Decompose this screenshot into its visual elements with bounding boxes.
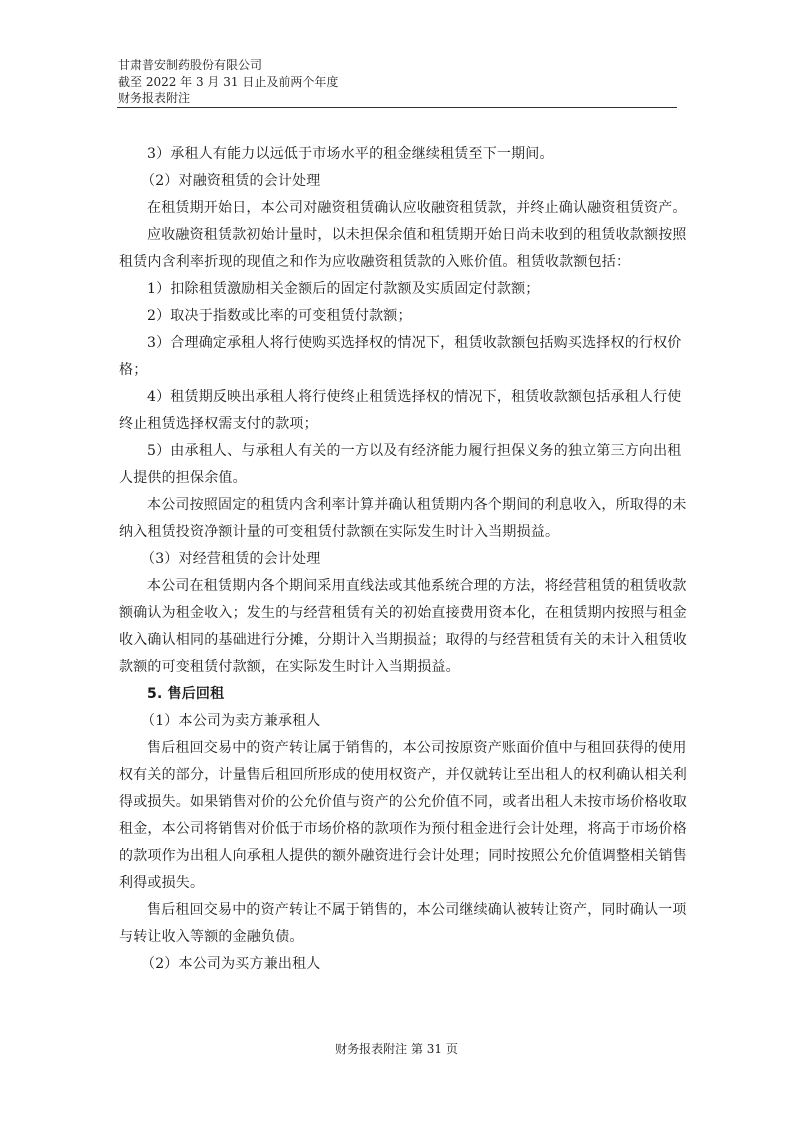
text-line: 人提供的担保余值。 xyxy=(119,465,679,492)
text-line: 与转让收入等额的金融负债。 xyxy=(119,924,679,951)
document-body: 3）承租人有能力以远低于市场水平的租金继续租赁至下一期间。（2）对融资租赁的会计… xyxy=(119,141,679,978)
text-line: 售后租回交易中的资产转让属于销售的，本公司按原资产账面价值中与租回获得的使用 xyxy=(119,735,679,762)
text-line: 的款项作为出租人向承租人提供的额外融资进行会计处理；同时按照公允价值调整相关销售 xyxy=(119,843,679,870)
text-line: 得或损失。如果销售对价的公允价值与资产的公允价值不同，或者出租人未按市场价格收取 xyxy=(119,789,679,816)
text-line: 2）取决于指数或比率的可变租赁付款额； xyxy=(119,303,679,330)
section-heading: 5. 售后回租 xyxy=(119,681,679,708)
footer-label: 财务报表附注 xyxy=(335,1042,407,1056)
text-line: 4）租赁期反映出承租人将行使终止租赁选择权的情况下，租赁收款额包括承租人行使 xyxy=(119,384,679,411)
text-line: 3）承租人有能力以远低于市场水平的租金继续租赁至下一期间。 xyxy=(119,141,679,168)
footer-page-prefix: 第 xyxy=(411,1042,423,1056)
text-line: 收入确认相同的基础进行分摊，分期计入当期损益；取得的与经营租赁有关的未计入租赁收 xyxy=(119,627,679,654)
report-period: 截至 2022 年 3 月 31 日止及前两个年度 xyxy=(118,74,678,91)
page-number: 31 xyxy=(427,1042,442,1056)
company-name: 甘肃普安制药股份有限公司 xyxy=(118,57,678,74)
text-line: （2）对融资租赁的会计处理 xyxy=(119,168,679,195)
text-line: 格； xyxy=(119,357,679,384)
text-line: 租金，本公司将销售对价低于市场价格的款项作为预付租金进行会计处理，将高于市场价格 xyxy=(119,816,679,843)
text-line: （3）对经营租赁的会计处理 xyxy=(119,546,679,573)
text-line: 1）扣除租赁激励相关金额后的固定付款额及实质固定付款额； xyxy=(119,276,679,303)
text-line: 租赁内含利率折现的现值之和作为应收融资租赁款的入账价值。租赁收款额包括： xyxy=(119,249,679,276)
text-line: 款额的可变租赁付款额，在实际发生时计入当期损益。 xyxy=(119,654,679,681)
text-line: 额确认为租金收入；发生的与经营租赁有关的初始直接费用资本化，在租赁期内按照与租金 xyxy=(119,600,679,627)
header-divider xyxy=(117,107,677,108)
footer-page-suffix: 页 xyxy=(446,1042,458,1056)
text-line: 本公司按照固定的租赁内含利率计算并确认租赁期内各个期间的利息收入，所取得的未 xyxy=(119,492,679,519)
text-line: 纳入租赁投资净额计量的可变租赁付款额在实际发生时计入当期损益。 xyxy=(119,519,679,546)
text-line: 在租赁期开始日，本公司对融资租赁确认应收融资租赁款，并终止确认融资租赁资产。 xyxy=(119,195,679,222)
text-line: 利得或损失。 xyxy=(119,870,679,897)
page-footer: 财务报表附注 第 31 页 xyxy=(0,1040,793,1057)
text-line: （2）本公司为买方兼出租人 xyxy=(119,951,679,978)
text-line: （1）本公司为卖方兼承租人 xyxy=(119,708,679,735)
text-line: 本公司在租赁期内各个期间采用直线法或其他系统合理的方法，将经营租赁的租赁收款 xyxy=(119,573,679,600)
text-line: 终止租赁选择权需支付的款项； xyxy=(119,411,679,438)
text-line: 售后租回交易中的资产转让不属于销售的，本公司继续确认被转让资产，同时确认一项 xyxy=(119,897,679,924)
text-line: 应收融资租赁款初始计量时，以未担保余值和租赁期开始日尚未收到的租赁收款额按照 xyxy=(119,222,679,249)
text-line: 权有关的部分，计量售后租回所形成的使用权资产，并仅就转让至出租人的权利确认相关利 xyxy=(119,762,679,789)
text-line: 5）由承租人、与承租人有关的一方以及有经济能力履行担保义务的独立第三方向出租 xyxy=(119,438,679,465)
text-line: 3）合理确定承租人将行使购买选择权的情况下，租赁收款额包括购买选择权的行权价 xyxy=(119,330,679,357)
page-header: 甘肃普安制药股份有限公司 截至 2022 年 3 月 31 日止及前两个年度 财… xyxy=(118,57,678,107)
document-title: 财务报表附注 xyxy=(118,90,678,107)
